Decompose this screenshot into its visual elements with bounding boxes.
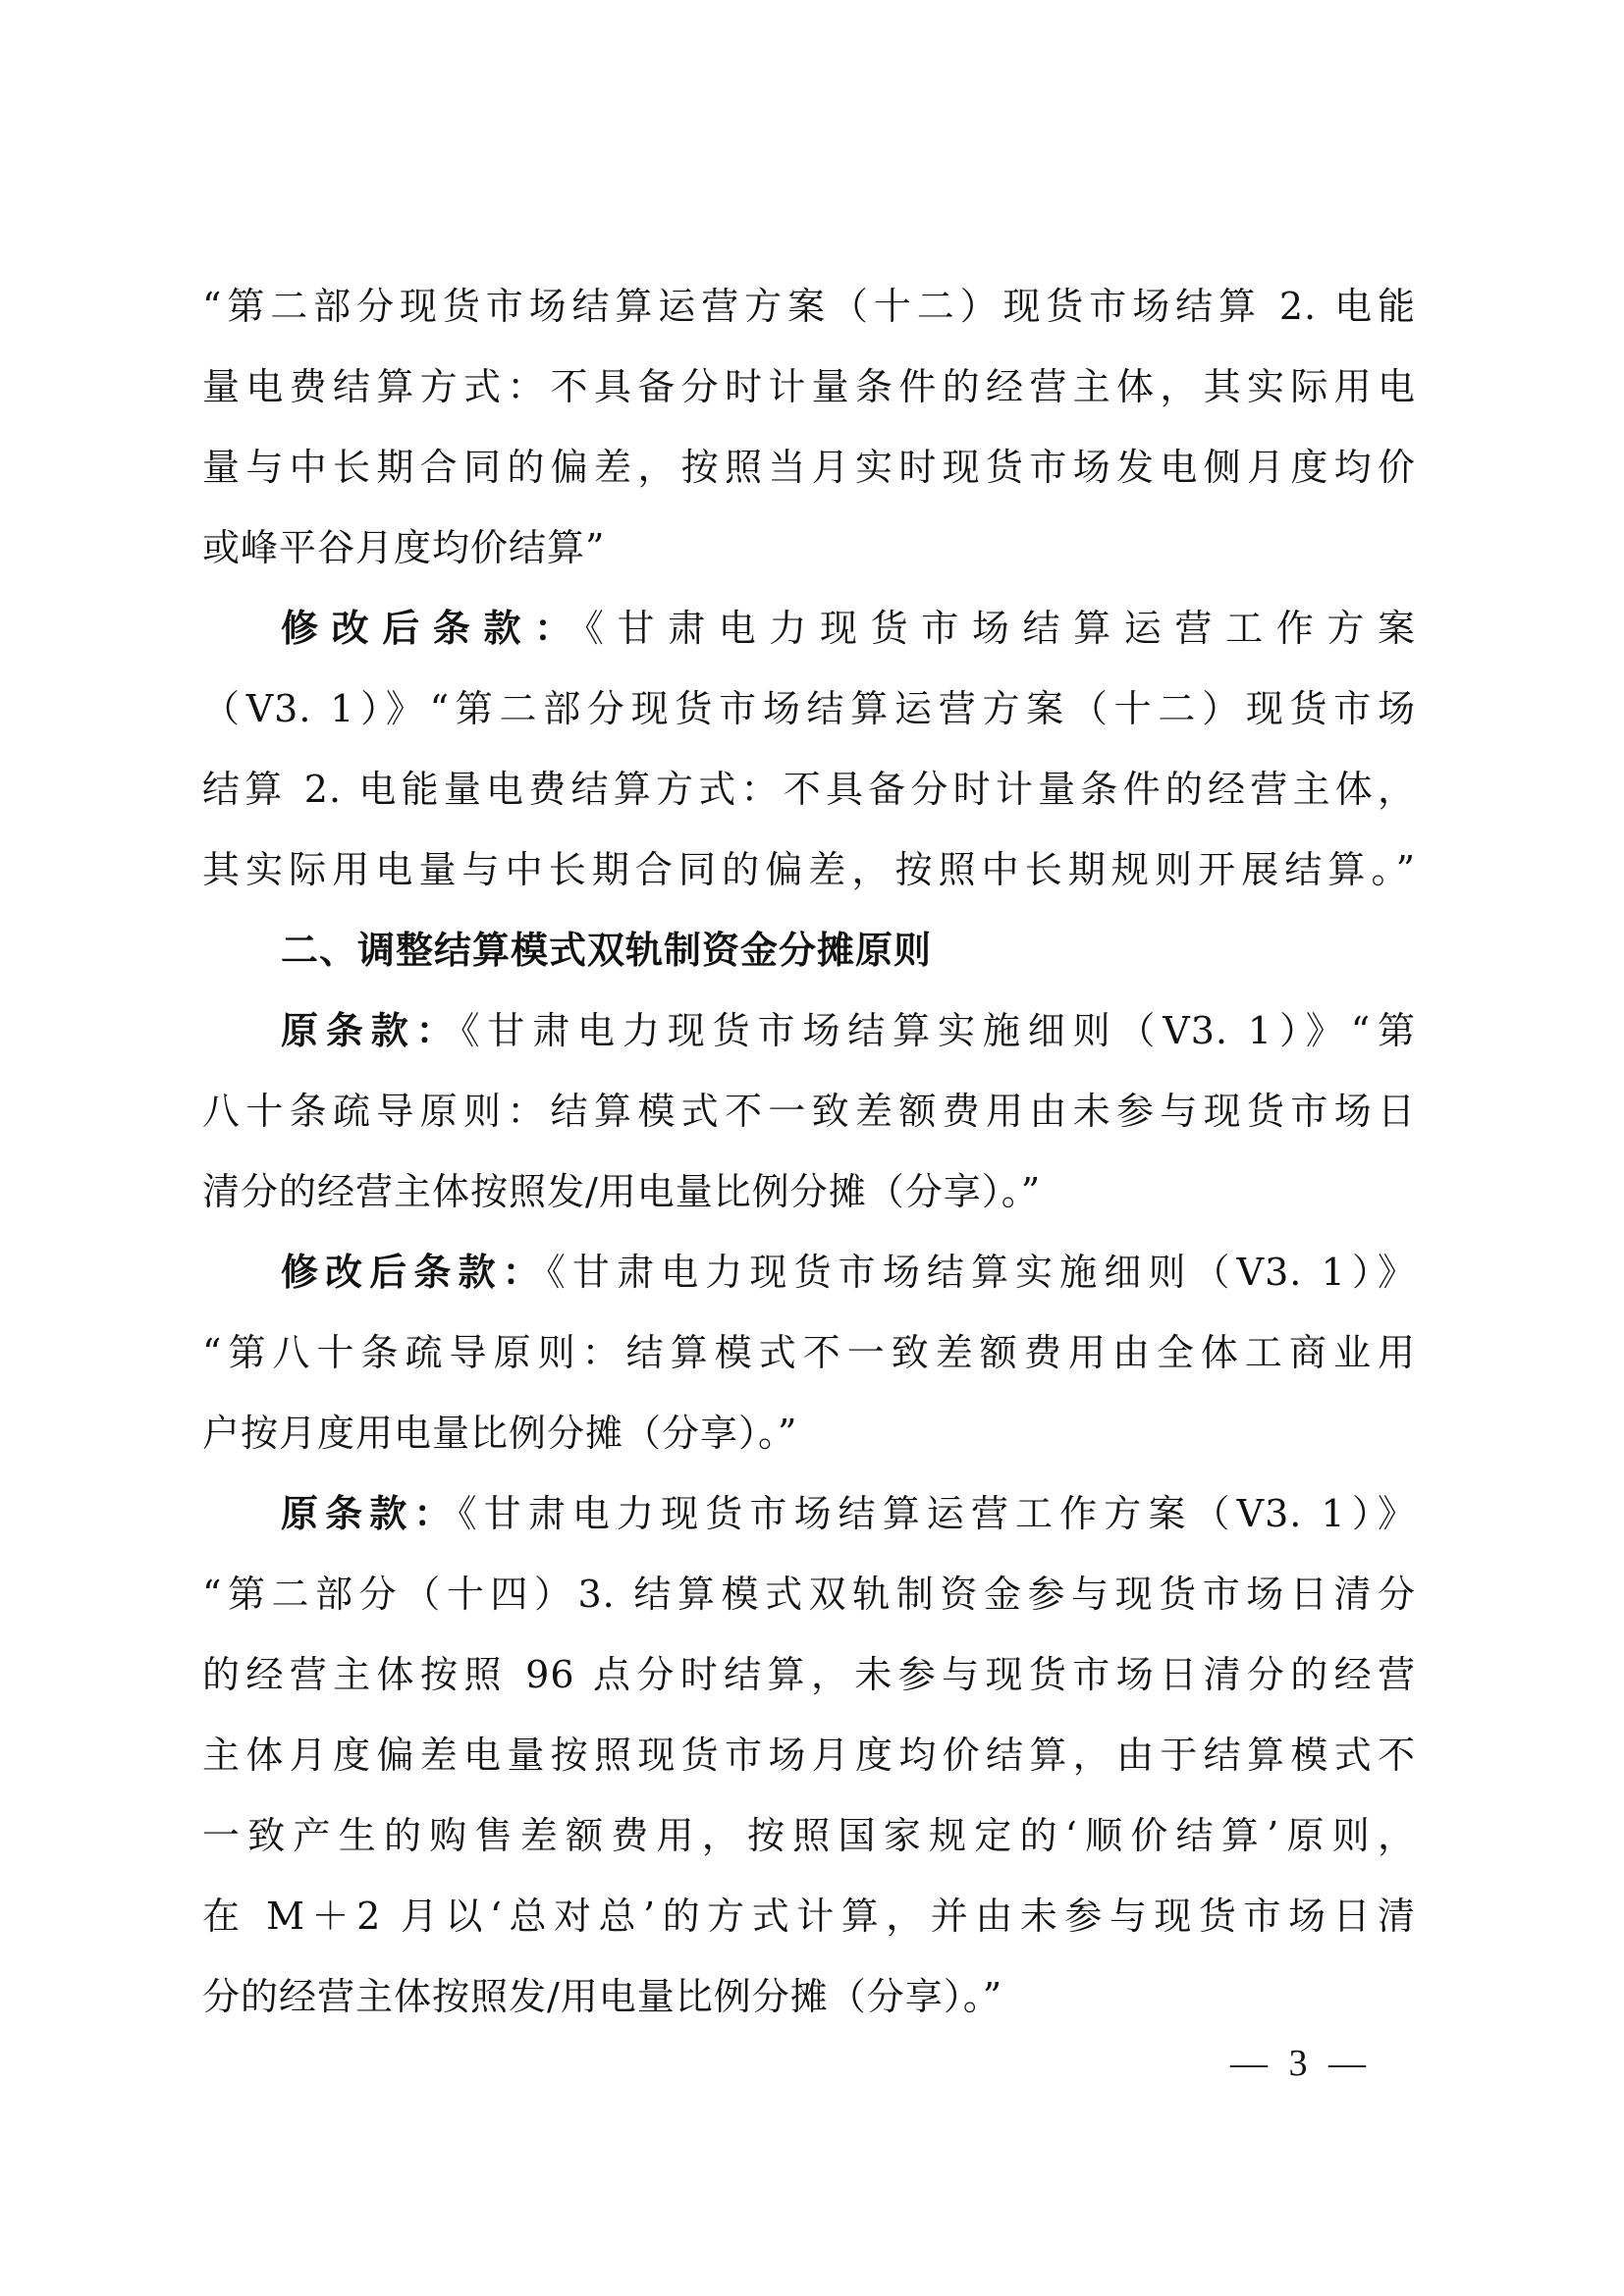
- clause-label: 修改后条款：: [281, 1250, 547, 1294]
- document-body: “第二部分现货市场结算运营方案（十二）现货市场结算 2. 电能 量电费结算方式：…: [202, 275, 1416, 2046]
- text-line: 原条款：《甘肃电力现货市场结算运营工作方案（V3. 1）》: [202, 1482, 1416, 1563]
- clause-text: 《甘肃电力现货市场结算实施细则（V3. 1）》“第: [460, 1009, 1416, 1052]
- text-line: “第八十条疏导原则：结算模式不一致差额费用由全体工商业用: [202, 1321, 1416, 1402]
- text-line: 量电费结算方式：不具备分时计量条件的经营主体，其实际用电: [202, 355, 1416, 436]
- text-line: 其实际用电量与中长期合同的偏差，按照中长期规则开展结算。”: [202, 838, 1416, 919]
- text-line: 清分的经营主体按照发/用电量比例分摊（分享）。”: [202, 1160, 1416, 1241]
- text-line: 结算 2. 电能量电费结算方式：不具备分时计量条件的经营主体，: [202, 758, 1416, 838]
- text-line: （V3. 1）》“第二部分现货市场结算运营方案（十二）现货市场: [202, 677, 1416, 758]
- text-line: 或峰平谷月度均价结算”: [202, 516, 1416, 597]
- text-line: 主体月度偏差电量按照现货市场月度均价结算，由于结算模式不: [202, 1724, 1416, 1804]
- clause-label: 原条款：: [281, 1491, 458, 1535]
- text-line: 户按月度用电量比例分摊（分享）。”: [202, 1402, 1416, 1482]
- text-line: 八十条疏导原则：结算模式不一致差额费用由未参与现货市场日: [202, 1080, 1416, 1160]
- paragraph-amended-clause-2: 修改后条款：《甘肃电力现货市场结算实施细则（V3. 1）》 “第八十条疏导原则：…: [202, 1241, 1416, 1482]
- clause-label: 修改后条款：: [281, 606, 585, 650]
- text-line: 分的经营主体按照发/用电量比例分摊（分享）。”: [202, 1965, 1416, 2046]
- text-line: “第二部分现货市场结算运营方案（十二）现货市场结算 2. 电能: [202, 275, 1416, 355]
- text-line: 原条款：《甘肃电力现货市场结算实施细则（V3. 1）》“第: [202, 999, 1416, 1080]
- section-heading: 二、调整结算模式双轨制资金分摊原则: [202, 919, 1416, 999]
- paragraph-original-clause-1: 原条款：《甘肃电力现货市场结算实施细则（V3. 1）》“第 八十条疏导原则：结算…: [202, 999, 1416, 1241]
- clause-text: 《甘肃电力现货市场结算运营工作方案（V3. 1）》: [458, 1492, 1416, 1535]
- text-line: “第二部分（十四）3. 结算模式双轨制资金参与现货市场日清分: [202, 1563, 1416, 1643]
- clause-text: 《甘肃电力现货市场结算运营工作方案: [585, 607, 1416, 650]
- paragraph-amended-clause-1: 修改后条款：《甘肃电力现货市场结算运营工作方案 （V3. 1）》“第二部分现货市…: [202, 597, 1416, 919]
- text-line: 修改后条款：《甘肃电力现货市场结算运营工作方案: [202, 597, 1416, 677]
- paragraph-original-clause-2: 原条款：《甘肃电力现货市场结算运营工作方案（V3. 1）》 “第二部分（十四）3…: [202, 1482, 1416, 2046]
- text-line: 在 M＋2 月以‘总对总’的方式计算，并由未参与现货市场日清: [202, 1885, 1416, 1965]
- text-line: 的经营主体按照 96 点分时结算，未参与现货市场日清分的经营: [202, 1643, 1416, 1724]
- clause-text: 《甘肃电力现货市场结算实施细则（V3. 1）》: [547, 1251, 1416, 1294]
- page-number: — 3 —: [1218, 2042, 1384, 2085]
- paragraph-quote-continuation: “第二部分现货市场结算运营方案（十二）现货市场结算 2. 电能 量电费结算方式：…: [202, 275, 1416, 597]
- document-page: “第二部分现货市场结算运营方案（十二）现货市场结算 2. 电能 量电费结算方式：…: [0, 0, 1624, 2296]
- text-line: 一致产生的购售差额费用，按照国家规定的‘顺价结算’原则，: [202, 1804, 1416, 1885]
- clause-label: 原条款：: [281, 1008, 460, 1052]
- text-line: 量与中长期合同的偏差，按照当月实时现货市场发电侧月度均价: [202, 436, 1416, 516]
- text-line: 修改后条款：《甘肃电力现货市场结算实施细则（V3. 1）》: [202, 1241, 1416, 1321]
